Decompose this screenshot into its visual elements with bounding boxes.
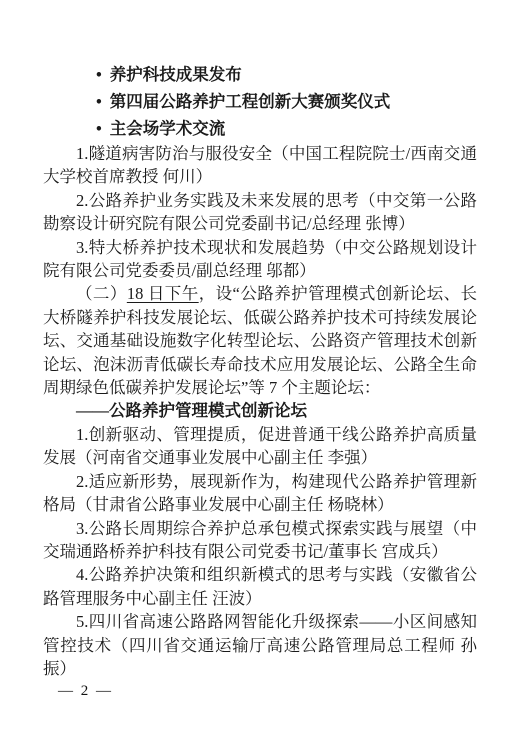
bullet-icon: •	[96, 61, 102, 88]
forum-heading: ——公路养护管理模式创新论坛	[43, 399, 477, 422]
page-number: — 2 —	[58, 683, 113, 700]
bullet-item: •第四届公路养护工程创新大赛颁奖仪式	[43, 88, 477, 115]
forum-item: 1.创新驱动、管理提质，促进普通干线公路养护高质量发展（河南省交通事业发展中心副…	[43, 423, 477, 470]
underlined-date: 18 日下午	[127, 284, 199, 303]
page-content: •养护科技成果发布 •第四届公路养护工程创新大赛颁奖仪式 •主会场学术交流 1.…	[43, 61, 477, 680]
document-page: •养护科技成果发布 •第四届公路养护工程创新大赛颁奖仪式 •主会场学术交流 1.…	[0, 0, 520, 736]
bullet-icon: •	[96, 88, 102, 115]
forum-item: 5.四川省高速公路路网智能化升级探索——小区间感知管控技术（四川省交通运输厅高速…	[43, 610, 477, 680]
agenda-bullet-list: •养护科技成果发布 •第四届公路养护工程创新大赛颁奖仪式 •主会场学术交流	[43, 61, 477, 142]
forum-item: 3.公路长周期综合养护总承包模式探索实践与展望（中交瑞通路桥养护科技有限公司党委…	[43, 517, 477, 564]
keynote-item: 2.公路养护业务实践及未来发展的思考（中交第一公路勘察设计研究院有限公司党委副书…	[43, 189, 477, 236]
keynote-item: 1.隧道病害防治与服役安全（中国工程院院士/西南交通大学校首席教授 何川）	[43, 142, 477, 189]
forum-item: 2.适应新形势，展现新作为，构建现代公路养护管理新格局（甘肃省公路事业发展中心副…	[43, 470, 477, 517]
bullet-item: •主会场学术交流	[43, 115, 477, 142]
section-paragraph: （二）18 日下午，设“公路养护管理模式创新论坛、长大桥隧养护科技发展论坛、低碳…	[43, 282, 477, 399]
section-prefix: （二）	[76, 284, 127, 303]
bullet-icon: •	[96, 115, 102, 142]
bullet-label: 第四届公路养护工程创新大赛颁奖仪式	[110, 92, 391, 111]
forum-item: 4.公路养护决策和组织新模式的思考与实践（安徽省公路管理服务中心副主任 汪波）	[43, 563, 477, 610]
body-text-block: 1.隧道病害防治与服役安全（中国工程院院士/西南交通大学校首席教授 何川） 2.…	[43, 142, 477, 680]
bullet-item: •养护科技成果发布	[43, 61, 477, 88]
bullet-label: 养护科技成果发布	[110, 65, 242, 84]
keynote-item: 3.特大桥养护技术现状和发展趋势（中交公路规划设计院有限公司党委委员/副总经理 …	[43, 236, 477, 283]
bullet-label: 主会场学术交流	[110, 119, 226, 138]
